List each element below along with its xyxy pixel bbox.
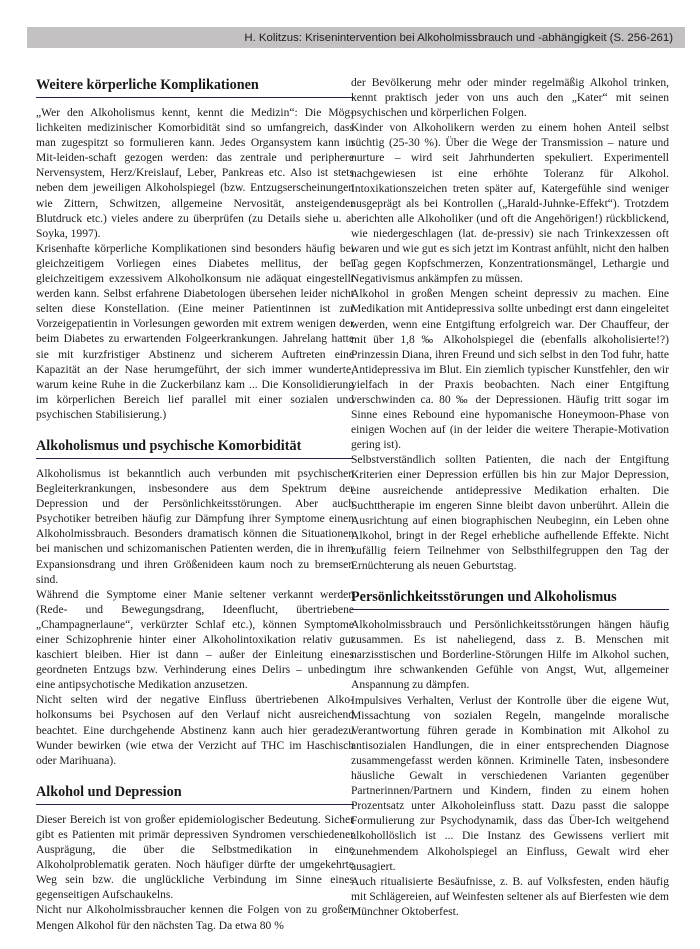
paragraph: Kinder von Alkoholikern werden zu einem … (351, 121, 669, 287)
paragraph: Alkoholmissbrauch und Persönlichkeitsstö… (351, 618, 669, 693)
running-header: H. Kolitzus: Krisenintervention bei Alko… (27, 27, 685, 48)
paragraph: Impulsives Verhalten, Verlust der Kontro… (351, 694, 669, 875)
paragraph: Nicht selten wird der negative Einfluss … (36, 693, 354, 768)
paragraph: Dieser Bereich ist von großer epidemiolo… (36, 813, 354, 904)
paragraph: Alkoholismus ist bekanntlich auch verbun… (36, 467, 354, 588)
paragraph: Selbstverständlich sollten Patienten, di… (351, 453, 669, 574)
right-column: der Bevölkerung mehr oder minder regelmä… (351, 76, 669, 920)
section-heading-koerperliche-komplikationen: Weitere körperliche Komplikationen (36, 76, 354, 98)
paragraph: Nicht nur Alkoholmissbraucher kennen die… (36, 903, 354, 933)
paragraph: „Wer den Alkoholismus kennt, kennt die M… (36, 106, 354, 242)
running-title: H. Kolitzus: Krisenintervention bei Alko… (244, 32, 673, 44)
section-heading-alkohol-und-depression: Alkohol und Depression (36, 783, 354, 805)
paragraph: Auch ritualisierte Besäufnisse, z. B. au… (351, 875, 669, 920)
left-column: Weitere körperliche Komplikationen „Wer … (36, 76, 354, 934)
paragraph: Krisenhafte körperliche Komplikationen s… (36, 242, 354, 423)
section-heading-persoenlichkeitsstoerungen: Persönlichkeitsstörungen und Alkoholismu… (351, 588, 669, 610)
section-heading-psychische-komorbiditaet: Alkoholismus und psychische Komorbidität (36, 437, 354, 459)
paragraph: der Bevölkerung mehr oder minder regelmä… (351, 76, 669, 121)
paragraph: Während die Symptome einer Manie seltene… (36, 588, 354, 694)
paragraph: Alkohol in großen Mengen scheint depress… (351, 287, 669, 453)
